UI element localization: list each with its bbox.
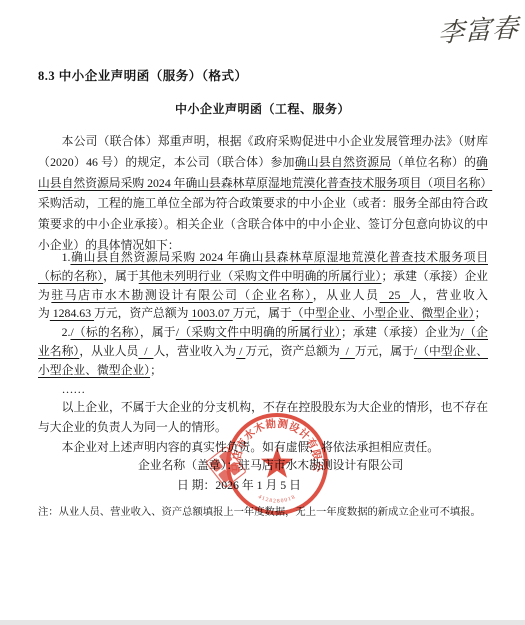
document-title: 中小企业声明函（工程、服务） [0,100,525,117]
company-label: 企业名称（盖章）： [138,458,238,472]
page-edge [0,620,525,625]
item-2-text: 2./（标的名称），属于/（采购文件中明确的所属行业）；承建（承接）企业为/（企… [38,323,488,379]
ellipsis-text: …… [38,380,488,398]
declaration-document-page: 李富春 8.3 中小企业声明函（服务）（格式） 中小企业声明函（工程、服务） 本… [0,0,525,625]
text-segment: ，从业人员 [313,288,380,302]
text-segment: ，属于 [140,325,176,339]
truth-statement-text: 本企业对上述声明内容的真实性负责。如有虚假，将依法承担相应责任。 [38,437,488,457]
footnote: 注：从业人员、营业收入、资产总额填报上一年度数据，无上一年度数据的新成立企业可不… [38,505,508,520]
ellipsis-line: …… [38,380,488,398]
text-segment: 采购活动，工程的施工单位全部为符合政策要求的中小企业（或者：服务全部由符合政策要… [38,196,488,252]
text-segment: 1284.63 [50,306,94,320]
text-segment: 25 [380,288,410,302]
date-value: 2026 年 1 月 5 日 [215,478,301,492]
branch-statement-text: 以上企业，不属于大企业的分支机构，不存在控股股东为大企业的情形，也不存在与大企业… [38,397,488,438]
handwritten-signature: 李富春 [438,13,525,49]
date-line: 日 期：2026 年 1 月 5 日 [177,477,301,493]
text-segment: / [236,344,245,358]
company-signature-line: 企业名称（盖章）：驻马店市水木勘测设计有限公司 [138,457,403,473]
text-segment: / [340,344,355,358]
item-1-text: 1.确山县自然资源局采购 2024 年确山县森林草原湿地荒漠化普查技术服务项目（… [38,248,488,323]
text-segment: 万元，资产总额为 [245,344,339,358]
enterprise-items: 1.确山县自然资源局采购 2024 年确山县森林草原湿地荒漠化普查技术服务项目（… [38,248,488,380]
text-segment: ；承建（承接）企业为 [341,325,461,339]
text-segment: 万元，资产总额为 [94,306,188,320]
text-segment: 确山县自然资源局 [295,155,392,169]
text-segment: 万元，属于 [233,306,292,320]
text-segment: 驻马店市水木勘测设计有限公司（企业名称） [51,288,312,302]
section-heading: 8.3 中小企业声明函（服务）（格式） [38,66,248,84]
text-segment: 人，营业收入为 [153,344,236,358]
truth-statement: 本企业对上述声明内容的真实性负责。如有虚假，将依法承担相应责任。 [38,437,488,457]
text-segment: ，从业人员 [79,344,138,358]
text-segment: 其他未列明行业（采购文件中明确的所属行业） [139,269,382,283]
text-segment: ； [150,363,162,377]
text-segment: ； [475,306,487,320]
text-segment: （单位名称）的 [391,155,476,169]
branch-statement: 以上企业，不属于大企业的分支机构，不存在控股股东为大企业的情形，也不存在与大企业… [38,397,488,438]
paragraph-text: 本公司（联合体）郑重声明，根据《政府采购促进中小企业发展管理办法》（财库（202… [38,131,488,256]
text-segment: / [138,344,153,358]
text-segment: /（采购文件中明确的所属行业） [176,325,341,339]
company-name: 驻马店市水木勘测设计有限公司 [238,458,403,472]
seal-number-text: 4128280018 [257,494,297,505]
text-segment: 1003.07 [188,306,232,320]
declaration-paragraph: 本公司（联合体）郑重声明，根据《政府采购促进中小企业发展管理办法》（财库（202… [38,131,488,256]
text-segment: 万元，属于 [355,344,414,358]
text-segment: /（标的名称） [70,325,139,339]
text-segment: （中型企业、小型企业、微型企业） [292,306,475,320]
text-segment: ，属于 [103,269,139,283]
date-label: 日 期： [177,478,215,492]
